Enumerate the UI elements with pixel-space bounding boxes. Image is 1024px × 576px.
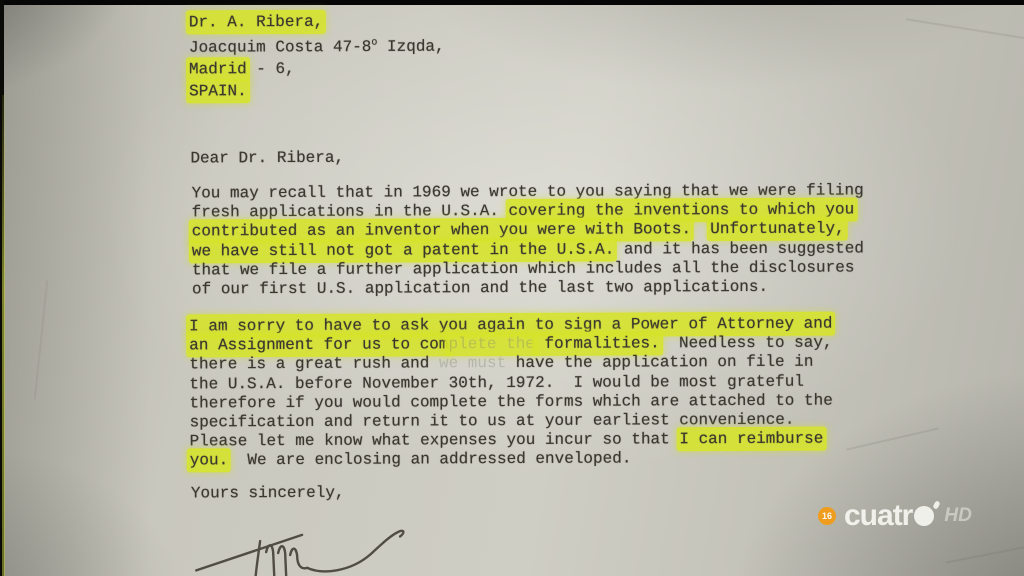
closing: Yours sincerely, <box>191 484 345 503</box>
text-segment: Joacquim Costa 47-8 <box>189 38 372 57</box>
letter-paragraph-1: You may recall that in 1969 we wrote to … <box>192 181 865 299</box>
highlighted-text: covering the inventions to which you <box>508 201 854 221</box>
cuatro-circle-icon <box>914 506 934 526</box>
salutation: Dear Dr. Ribera, <box>190 149 344 168</box>
highlighted-text: an Assignment for us to com <box>189 335 448 354</box>
hd-label: HD <box>944 505 971 527</box>
highlighted-text: plete the <box>448 335 534 353</box>
text-segment: and it has been suggested <box>614 239 864 258</box>
text-segment: have the application on file in <box>506 353 813 372</box>
highlighted-text: formalities. <box>535 335 660 354</box>
text-segment: of our first U.S. application and the la… <box>192 278 768 299</box>
text-segment: Needless to say, <box>660 334 833 353</box>
letter-line: SPAIN. <box>189 80 445 103</box>
letter-line: Dr. A. Ribera, <box>189 11 445 34</box>
age-rating-badge: 16 <box>818 507 836 525</box>
text-segment: fresh applications in the U.S.A. <box>192 202 509 221</box>
text-segment: that we file a further application which… <box>192 258 855 279</box>
highlighted-text: contributed as an inventor when you were… <box>192 221 691 241</box>
channel-logo-cuatro: cuatr <box>844 502 934 530</box>
letter-line: Joacquim Costa 47-8o Izqda, <box>189 33 445 60</box>
highlighted-text: SPAIN. <box>189 82 247 100</box>
signature <box>194 521 409 576</box>
highlighted-text: Dr. A. Ribera, <box>189 13 323 32</box>
text-segment: You may recall that in 1969 we wrote to … <box>192 181 864 202</box>
channel-logo-text: cuatr <box>844 502 912 530</box>
cuatro-tick-icon <box>933 500 941 509</box>
recipient-address: Dr. A. Ribera,Joacquim Costa 47-8o Izqda… <box>189 11 445 102</box>
text-segment: specification and return it to us at you… <box>190 411 795 432</box>
text-segment: therefore if you would complete the form… <box>189 391 832 412</box>
text-segment: we must <box>439 354 506 372</box>
channel-overlay: 16 cuatr HD <box>818 500 972 532</box>
text-segment: Please let me know what expenses you inc… <box>190 430 680 450</box>
text-segment: the U.S.A. before November 30th, 1972. I… <box>189 372 804 393</box>
typewritten-letter: Dr. A. Ribera,Joacquim Costa 47-8o Izqda… <box>0 0 1024 576</box>
highlighted-text: Unfortunately, <box>710 220 844 239</box>
letter-paragraph-2: I am sorry to have to ask you again to s… <box>189 315 833 471</box>
letter-line: you. We are enclosing an addressed envel… <box>190 449 833 471</box>
tv-frame: Dr. A. Ribera,Joacquim Costa 47-8o Izqda… <box>0 0 1024 576</box>
letter-line: Please let me know what expenses you inc… <box>190 430 833 452</box>
letter-line: of our first U.S. application and the la… <box>192 277 864 299</box>
letter-line: Madrid - 6, <box>189 58 445 81</box>
text-segment <box>691 221 710 239</box>
text-segment: - 6, <box>247 60 295 78</box>
highlighted-text: you. <box>190 452 228 470</box>
text-segment: there is a great rush and <box>189 355 439 374</box>
text-segment: We are enclosing an addressed enveloped. <box>228 450 631 470</box>
highlighted-text: Madrid <box>189 60 247 78</box>
highlighted-text: I can reimburse <box>679 430 823 449</box>
text-segment: Izqda, <box>377 38 444 56</box>
highlighted-text: we have still not got a patent in the U.… <box>192 240 615 260</box>
highlighted-text: I am sorry to have to ask you again to s… <box>189 315 832 336</box>
